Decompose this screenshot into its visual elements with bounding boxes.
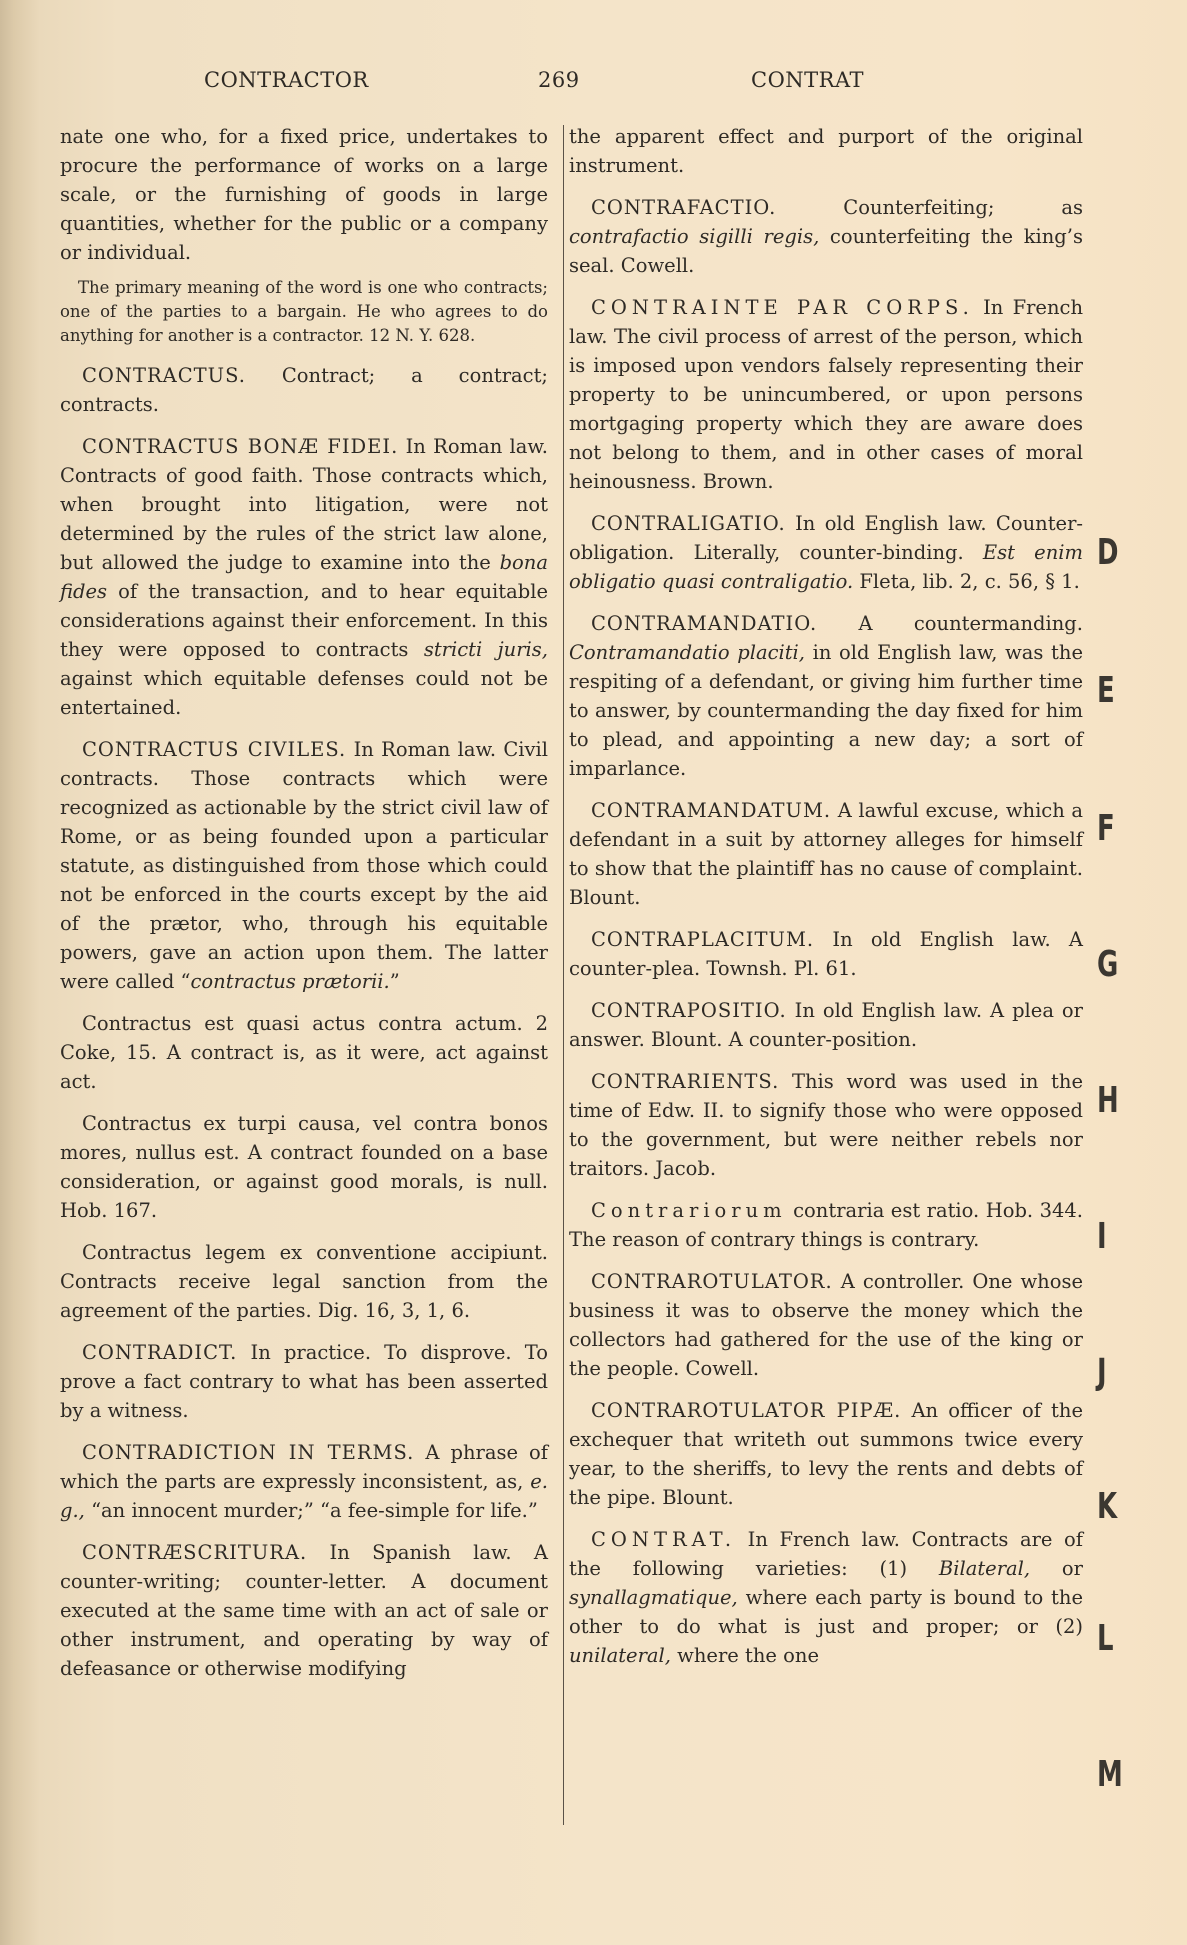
- thumb-tab-m[interactable]: M: [1097, 1754, 1123, 1795]
- thumb-tab-h[interactable]: H: [1097, 1080, 1119, 1121]
- entry-contractus: CONTRACTUS. Contract; a contract; contra…: [60, 361, 548, 419]
- definition: In Roman law. Civil contracts. Those con…: [60, 738, 548, 993]
- entry-contrafactio: CONTRAFACTIO. Counterfeiting; as contraf…: [569, 193, 1083, 280]
- entry-contramandatum: CONTRAMANDATUM. A lawful excuse, which a…: [569, 796, 1083, 912]
- headword: CONTRAPOSITIO.: [591, 999, 787, 1022]
- headword: CONTRAT.: [591, 1528, 736, 1551]
- entry-contraligatio: CONTRALIGATIO. In old English law. Count…: [569, 509, 1083, 596]
- right-column: the apparent effect and purport of the o…: [569, 122, 1083, 1683]
- continued-entry: nate one who, for a fixed price, underta…: [60, 122, 548, 267]
- thumb-tab-l[interactable]: L: [1097, 1618, 1114, 1659]
- entry-maxim-contractus-legem: Contractus legem ex conventione accipiun…: [60, 1238, 548, 1325]
- definition: against which equitable defenses could n…: [60, 667, 548, 719]
- headword: CONTRAROTULATOR PIPÆ.: [591, 1399, 901, 1422]
- headword: CONTRARIENTS.: [591, 1070, 779, 1093]
- thumb-tab-e[interactable]: E: [1097, 670, 1115, 711]
- entry-contractus-bonae-fidei: CONTRACTUS BONÆ FIDEI. In Roman law. Con…: [60, 432, 548, 722]
- left-column: nate one who, for a fixed price, underta…: [60, 122, 548, 1696]
- maxim: Contractus legem ex conventione accipiun…: [82, 1241, 548, 1264]
- italic-term: Contramandatio placiti,: [569, 641, 805, 664]
- column-divider: [563, 125, 564, 1825]
- entry-contrarotulator: CONTRAROTULATOR. A controller. One whose…: [569, 1267, 1083, 1383]
- headword: CONTRACTUS BONÆ FIDEI.: [82, 435, 398, 458]
- continued-entry: the apparent effect and purport of the o…: [569, 122, 1083, 180]
- italic-term: stricti juris,: [424, 638, 548, 661]
- definition: ”: [390, 970, 400, 993]
- thumb-tab-f[interactable]: F: [1097, 808, 1115, 849]
- entry-contraescritura: CONTRÆSCRITURA. In Spanish law. A counte…: [60, 1538, 548, 1683]
- definition: or: [1030, 1557, 1083, 1580]
- entry-maxim-contractus-est: Contractus est quasi actus contra actum.…: [60, 1009, 548, 1096]
- entry-contractus-civiles: CONTRACTUS CIVILES. In Roman law. Civil …: [60, 735, 548, 996]
- headword: CONTRADICT.: [82, 1341, 237, 1364]
- headword: CONTRAPLACITUM.: [591, 928, 814, 951]
- entry-contradict: CONTRADICT. In practice. To disprove. To…: [60, 1338, 548, 1425]
- entry-note: The primary meaning of the word is one w…: [60, 276, 548, 348]
- headword: CONTRAMANDATUM.: [591, 799, 831, 822]
- headword: CONTRACTUS.: [82, 364, 246, 387]
- definition: “an innocent murder;” “a fee-simple for …: [85, 1499, 538, 1522]
- headword: CONTRAFACTIO.: [591, 196, 776, 219]
- entry-contrat: CONTRAT. In French law. Contracts are of…: [569, 1525, 1083, 1670]
- entry-contrainte-par-corps: CONTRAINTE PAR CORPS. In French law. The…: [569, 293, 1083, 496]
- maxim: Contrariorum: [591, 1199, 787, 1222]
- definition: Counterfeiting; as: [843, 196, 1083, 219]
- entry-contrarients: CONTRARIENTS. This word was used in the …: [569, 1067, 1083, 1183]
- entry-maxim-contrariorum: Contrariorum contraria est ratio. Hob. 3…: [569, 1196, 1083, 1254]
- definition: Fleta, lib. 2, c. 56, § 1.: [853, 570, 1080, 593]
- headword: CONTRAROTULATOR.: [591, 1270, 833, 1293]
- italic-term: contractus prætorii.: [191, 970, 390, 993]
- italic-term: Bilateral,: [939, 1557, 1030, 1580]
- entry-contradiction-in-terms: CONTRADICTION IN TERMS. A phrase of whic…: [60, 1438, 548, 1525]
- definition: Contracts receive legal sanction from th…: [60, 1270, 548, 1322]
- running-header: CONTRACTOR 269 CONTRAT: [0, 68, 1187, 98]
- italic-term: unilateral,: [569, 1644, 671, 1667]
- headword: CONTRAINTE PAR CORPS.: [591, 296, 974, 319]
- entry-contrapositio: CONTRAPOSITIO. In old English law. A ple…: [569, 996, 1083, 1054]
- maxim: Contractus est quasi actus contra actum.: [82, 1012, 523, 1035]
- headword: CONTRALIGATIO.: [591, 512, 786, 535]
- headword: CONTRAMANDATIO.: [591, 612, 817, 635]
- italic-term: contrafactio sigilli regis,: [569, 225, 819, 248]
- entry-maxim-contractus-ex-turpi: Contractus ex turpi causa, vel contra bo…: [60, 1109, 548, 1225]
- thumb-tab-j[interactable]: J: [1097, 1352, 1107, 1393]
- entry-contramandatio: CONTRAMANDATIO. A countermanding. Contra…: [569, 609, 1083, 783]
- entry-contraplacitum: CONTRAPLACITUM. In old English law. A co…: [569, 925, 1083, 983]
- page-number: 269: [538, 68, 580, 92]
- thumb-tab-k[interactable]: K: [1097, 1486, 1117, 1527]
- headword: CONTRÆSCRITURA.: [82, 1541, 307, 1564]
- left-guide-word: CONTRACTOR: [204, 68, 369, 92]
- thumb-tab-d[interactable]: D: [1097, 532, 1119, 573]
- definition: In French law. The civil process of arre…: [569, 296, 1083, 493]
- right-guide-word: CONTRAT: [751, 68, 864, 92]
- definition: where the one: [671, 1644, 819, 1667]
- thumb-tab-i[interactable]: I: [1097, 1216, 1107, 1257]
- definition: A countermanding.: [859, 612, 1083, 635]
- italic-term: synallagmatique,: [569, 1586, 738, 1609]
- headword: CONTRACTUS CIVILES.: [82, 738, 346, 761]
- headword: CONTRADICTION IN TERMS.: [82, 1441, 414, 1464]
- thumb-tab-g[interactable]: G: [1097, 944, 1118, 985]
- entry-contrarotulator-pipae: CONTRAROTULATOR PIPÆ. An officer of the …: [569, 1396, 1083, 1512]
